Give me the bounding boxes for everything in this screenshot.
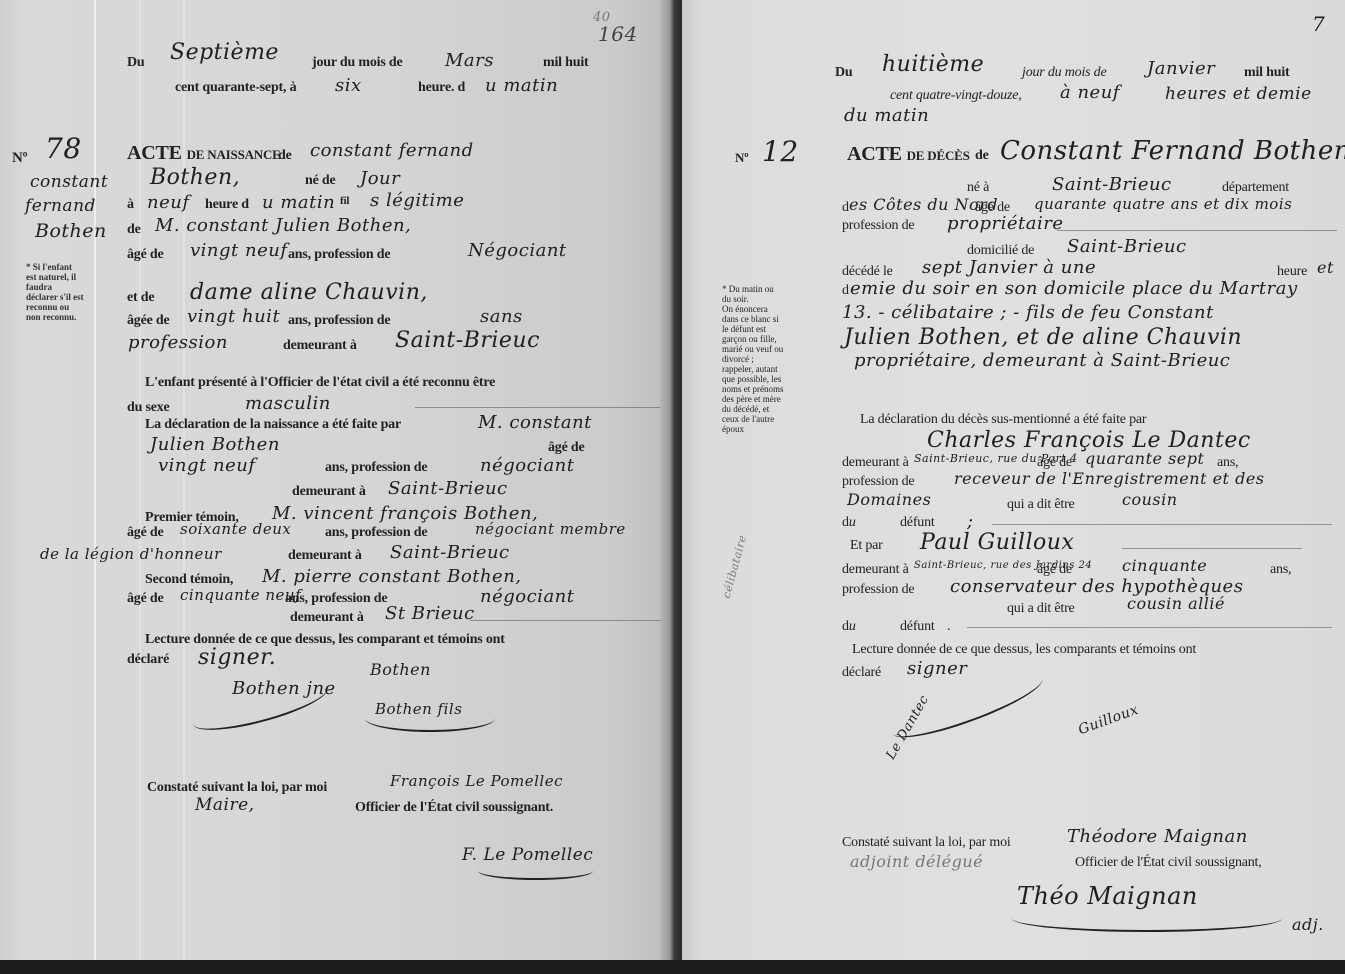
father-name: M. constant Julien Bothen, — [155, 215, 411, 236]
fill-line — [967, 627, 1332, 628]
right-page-death-record: 7 Du huitième jour du mois de Janvier mi… — [682, 0, 1345, 974]
act-number: 78 — [45, 132, 82, 165]
label-de: de — [975, 148, 989, 164]
margin-name: constant — [30, 172, 108, 192]
label-heure: heure d — [205, 197, 249, 213]
parents: Julien Bothen, et de aline Chauvin — [844, 325, 1242, 350]
deceased-profession: propriétaire — [947, 213, 1063, 234]
header-period: du matin — [844, 105, 929, 126]
child-given-names: constant fernand — [310, 140, 474, 161]
header-period: u matin — [485, 75, 558, 96]
signature-flourish — [1012, 905, 1282, 932]
residence: Saint-Brieuc — [395, 328, 540, 353]
label-demeurant: demeurant à — [288, 548, 362, 564]
margin-name: fernand — [25, 196, 96, 216]
label-d: d — [842, 200, 849, 216]
punctuation: ; — [967, 511, 974, 532]
label-profession: ans, profession de — [285, 591, 387, 607]
deceased-age: quarante quatre ans et dix mois — [1034, 195, 1292, 213]
label-du: Du — [127, 55, 145, 71]
declaration-label: La déclaration de la naissance a été fai… — [145, 417, 401, 433]
label-demeurant: demeurant à — [283, 338, 357, 354]
scan-bottom-edge — [0, 960, 1345, 974]
parents-residence: propriétaire, demeurant à Saint-Brieuc — [854, 350, 1230, 371]
header-month: Janvier — [1147, 58, 1215, 79]
declared-value: signer — [907, 658, 967, 679]
first-declarant-age: quarante sept — [1085, 449, 1204, 468]
act-number-label: Nº — [735, 150, 748, 166]
label-profession: ans, profession de — [325, 460, 427, 476]
declarant-age: vingt neuf — [158, 455, 256, 476]
mother-profession: profession — [128, 332, 228, 353]
fill-line — [470, 620, 660, 621]
label-profession: profession de — [842, 582, 914, 598]
second-witness-residence: St Brieuc — [385, 603, 475, 624]
domicile: Saint-Brieuc — [1067, 236, 1187, 257]
signature: Guilloux — [1076, 702, 1141, 739]
first-declarant-profession: receveur de l'Enregistrement et des — [954, 469, 1265, 488]
label-profession: ans, profession de — [288, 247, 390, 263]
officer-suffix: Officier de l'État civil soussignant, — [1075, 855, 1262, 871]
label-qui-a-dit-etre: qui a dit être — [1007, 497, 1075, 513]
constate-label: Constaté suivant la loi, par moi — [147, 780, 327, 796]
first-declarant-profession: Domaines — [847, 490, 931, 509]
label-a: à — [127, 197, 134, 213]
signature-flourish — [478, 862, 593, 880]
book-gutter — [660, 0, 684, 974]
margin-note: célibataire — [720, 533, 749, 599]
label-profession: ans, profession de — [325, 525, 427, 541]
label-age: âgé de — [127, 591, 164, 607]
label-qui-a-dit-etre: qui a dit être — [1007, 601, 1075, 617]
declarant-residence: Saint-Brieuc — [388, 478, 508, 499]
punctuation: . — [947, 619, 950, 635]
label-age: âgée de — [127, 313, 170, 329]
header-day: Septième — [170, 40, 279, 65]
label-et-de: et de — [127, 290, 154, 306]
label-declare: déclaré — [842, 665, 881, 681]
birth-hour: neuf — [147, 192, 190, 213]
fill-line — [415, 407, 665, 408]
label-du: du — [842, 619, 856, 635]
declarant-name: Julien Bothen — [150, 434, 280, 455]
mother-age: vingt huit — [187, 306, 280, 327]
label-de: de — [127, 222, 141, 238]
label-demeurant: demeurant à — [292, 484, 366, 500]
label-fils: fil — [340, 195, 349, 207]
death-hour-suffix: et — [1317, 258, 1334, 277]
declared-value: signer. — [198, 645, 276, 670]
officer-title: adjoint délégué — [850, 852, 983, 871]
enfant-line: L'enfant présenté à l'Officier de l'état… — [145, 375, 495, 391]
second-witness-name: M. pierre constant Bothen, — [262, 566, 522, 587]
label-year: mil huit — [543, 55, 588, 71]
sex: masculin — [245, 393, 331, 414]
father-age: vingt neuf — [190, 240, 288, 261]
second-declarant-name: Paul Guilloux — [920, 530, 1074, 555]
mother-name: dame aline Chauvin, — [190, 280, 428, 305]
fill-line — [1122, 548, 1302, 549]
death-details: emie du soir en son domicile place du Ma… — [850, 278, 1298, 299]
header-hour: six — [335, 75, 362, 96]
first-declarant-relation: cousin — [1122, 490, 1178, 509]
margin-name: Bothen — [35, 220, 107, 242]
label-age: âgé de — [127, 525, 164, 541]
label-age: âgé de — [127, 247, 164, 263]
father-profession: Négociant — [468, 240, 567, 261]
label-age: âgé de — [548, 440, 585, 456]
label-heure: heure. d — [418, 80, 465, 96]
legitimacy: s légitime — [370, 190, 464, 211]
label-profession: profession de — [842, 474, 914, 490]
deceased-name: Constant Fernand Bothen — [1000, 136, 1345, 166]
act-number: 12 — [762, 135, 799, 168]
label-profession: ans, profession de — [288, 313, 390, 329]
second-declarant-age: cinquante — [1122, 556, 1207, 575]
label-du: du — [842, 515, 856, 531]
first-witness-profession: négociant membre — [475, 520, 626, 538]
label-defunt: défunt — [900, 515, 935, 531]
officer-name: Théodore Maignan — [1067, 826, 1248, 847]
label-jour-du-mois: jour du mois de — [1022, 65, 1107, 81]
death-details: 13. - célibataire ; - fils de feu Consta… — [842, 302, 1214, 323]
label-de: de — [278, 148, 292, 164]
label-ne: né à — [967, 180, 989, 196]
label-profession: profession de — [842, 218, 914, 234]
label-demeurant: demeurant à — [842, 562, 909, 578]
page-number: 164 — [598, 22, 638, 46]
fill-line — [1057, 230, 1337, 231]
declarant-profession: négociant — [480, 455, 575, 476]
signature-flourish — [365, 705, 495, 732]
label-year-line: cent quarante-sept, à — [175, 80, 296, 96]
footnote: * Du matin ou du soir.On énoncera dans c… — [722, 284, 784, 434]
act-number-label: Nº — [12, 150, 27, 167]
label-ans: ans, — [1270, 562, 1291, 578]
officer-title: Maire, — [195, 795, 255, 815]
declaration-label: La déclaration du décès sus-mentionné a … — [860, 412, 1146, 428]
officer-signature-suffix: adj. — [1292, 915, 1324, 934]
declarant-name: M. constant — [478, 412, 592, 433]
label-demeurant: demeurant à — [290, 610, 364, 626]
left-page-birth-record: 40 164 Du Septième jour du mois de Mars … — [0, 0, 672, 974]
birthplace: Saint-Brieuc — [1052, 174, 1172, 195]
label-year-line: cent quatre-vingt-douze, — [890, 88, 1022, 104]
label-departement: département — [1222, 180, 1289, 196]
second-witness-age: cinquante neuf — [180, 586, 301, 604]
act-title: ACTE DE NAISSANCE — [127, 142, 281, 165]
label-sexe: du sexe — [127, 400, 170, 416]
footnote: * Si l'enfant est naturel, il faudra déc… — [26, 262, 84, 322]
act-title: ACTE DE DÉCÈS — [847, 143, 970, 166]
label-ne: né de — [305, 173, 336, 189]
header-day: huitième — [882, 52, 984, 77]
scan-artifact-line — [94, 0, 96, 974]
header-hour-label: heures et demie — [1165, 84, 1312, 104]
death-date: sept Janvier à une — [922, 257, 1096, 278]
child-surname: Bothen, — [150, 165, 240, 190]
officer-name: François Le Pomellec — [390, 772, 563, 790]
label-du: Du — [835, 65, 853, 81]
officer-suffix: Officier de l'État civil soussignant. — [355, 800, 553, 816]
mother-profession: sans — [480, 306, 523, 327]
label-d: d — [842, 283, 849, 299]
page-number: 7 — [1312, 12, 1325, 36]
first-witness-residence: Saint-Brieuc — [390, 542, 510, 563]
first-witness-age: soixante deux — [180, 520, 291, 538]
lecture-line: Lecture donnée de ce que dessus, les com… — [852, 642, 1196, 658]
signature: Bothen — [370, 660, 431, 679]
fill-line — [992, 524, 1332, 525]
label-declare: déclaré — [127, 652, 169, 668]
label-jour-du-mois: jour du mois de — [312, 55, 402, 71]
birth-day: Jour — [360, 168, 400, 189]
second-declarant-relation: cousin allié — [1127, 594, 1225, 613]
label-et-par: Et par — [850, 538, 883, 554]
birth-period: u matin — [262, 192, 335, 213]
header-month: Mars — [445, 50, 494, 71]
second-witness-profession: négociant — [480, 586, 575, 607]
label-demeurant: demeurant à — [842, 455, 909, 471]
header-hour: à neuf — [1060, 82, 1120, 103]
label-year: mil huit — [1244, 65, 1289, 81]
label-defunt: défunt — [900, 619, 935, 635]
constate-label: Constaté suivant la loi, par moi — [842, 835, 1011, 851]
first-witness-profession: de la légion d'honneur — [40, 545, 222, 563]
